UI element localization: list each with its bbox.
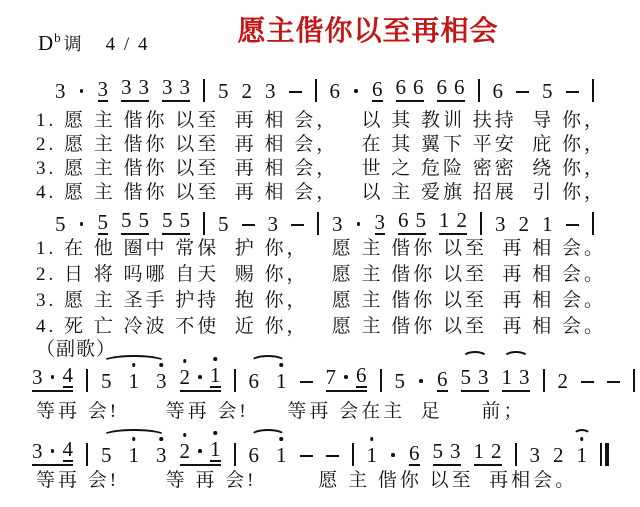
duration-dot [418, 370, 424, 392]
note: 2 [519, 213, 530, 235]
barline [478, 79, 480, 102]
note: 5 [98, 211, 109, 235]
note: 3 [32, 366, 43, 388]
note-group: 55 [162, 209, 190, 235]
dash [300, 370, 313, 392]
note: 2 [242, 80, 253, 102]
note: 6 [396, 76, 407, 98]
note: 3 [156, 370, 167, 392]
note: 1 [367, 444, 378, 466]
time-signature: 4 / 4 [106, 34, 150, 55]
chorus-notation-line-2: 345132161165312321 [32, 438, 609, 466]
note: 3 [495, 213, 506, 235]
dash [289, 80, 302, 102]
note: 2 [553, 444, 564, 466]
chorus-notation-line-1: 345132161765653132 [32, 364, 635, 392]
dash [566, 80, 579, 102]
duration-dot [79, 80, 85, 102]
barline [86, 369, 88, 392]
barline [203, 212, 205, 235]
note: 5 [101, 444, 112, 466]
note-group: 12 [474, 440, 502, 466]
note: 6 [413, 76, 424, 98]
note: 6 [398, 209, 409, 231]
dash [326, 444, 339, 466]
chorus-lyric-line-2: 等再 会! 等 再 会! 愿 主 偕你 以至 再相会。 [36, 469, 577, 493]
slurred-note-group: 13 [502, 366, 530, 392]
slur-group: 513 [101, 370, 167, 392]
barline [633, 369, 635, 392]
slurred-note-group: 53 [461, 366, 489, 392]
note: 5 [121, 209, 132, 231]
verse-1-line-2: 1. 在 他 圈中 常保 护 你， 愿 主 偕你 以至 再 相 会。 [36, 237, 606, 261]
key-signature: Db调4 / 4 [38, 30, 149, 56]
note-group: 66 [437, 76, 465, 102]
note: 1 [129, 444, 140, 466]
note: 3 [519, 366, 530, 388]
note: 3 [98, 78, 109, 102]
barline [352, 443, 354, 466]
note: 2 [491, 440, 502, 462]
dash [516, 80, 529, 102]
duration-dot [50, 366, 56, 388]
note: 6 [409, 442, 420, 466]
barline [234, 369, 236, 392]
note: 3 [332, 213, 343, 235]
note: 1 [129, 370, 140, 392]
note-group: 76 [326, 364, 367, 392]
slur-group: 513 [101, 444, 167, 466]
key-word: 调 [64, 34, 82, 54]
note-group: 34 [32, 364, 73, 392]
note: 3 [55, 80, 66, 102]
duration-dot [343, 366, 349, 388]
dash [566, 213, 579, 235]
hymn-sheet-page: 愿主偕你以至再相会 Db调4 / 4 33333352366666665 1. … [0, 0, 640, 507]
barline [234, 443, 236, 466]
note-group: 55 [121, 209, 149, 235]
note: 4 [63, 364, 74, 388]
flat-accidental: b [54, 30, 61, 45]
duration-dot [197, 366, 203, 388]
note-group: 33 [162, 76, 190, 102]
note: 5 [101, 370, 112, 392]
note: 1 [276, 370, 287, 392]
note: 2 [180, 440, 191, 462]
note: 2 [457, 209, 468, 231]
barline [315, 79, 317, 102]
note-group: 21 [180, 364, 221, 392]
note: 3 [268, 213, 279, 235]
note: 3 [478, 366, 489, 388]
note: 6 [249, 370, 260, 392]
duration-dot [356, 213, 362, 235]
verse-3-line-2: 3. 愿 主 圣手 护持 抱 你， 愿 主 偕你 以至 再 相 会。 [36, 289, 606, 313]
note-group: 12 [439, 209, 467, 235]
barline [203, 79, 205, 102]
verse-4-line-2: 4. 死 亡 冷波 不使 近 你， 愿 主 偕你 以至 再 相 会。 [36, 315, 606, 339]
note: 6 [356, 364, 367, 388]
note-group: 66 [396, 76, 424, 102]
slur-group: 61 [249, 444, 287, 466]
note: 3 [450, 440, 461, 462]
note-fermata: 1 [577, 444, 588, 466]
verse-4-line-1: 4. 愿 主 偕你 以至 再 相 会， 以 主 爱旗 招展 引 你， [36, 181, 606, 205]
dash [607, 370, 620, 392]
barline [86, 443, 88, 466]
note: 3 [121, 76, 132, 98]
note: 5 [433, 440, 444, 462]
barline [480, 212, 482, 235]
barline [543, 369, 545, 392]
note: 3 [139, 76, 150, 98]
note: 5 [55, 213, 66, 235]
note: 6 [249, 444, 260, 466]
note-group: 33 [121, 76, 149, 102]
note: 5 [139, 209, 150, 231]
duration-dot [50, 440, 56, 462]
note: 5 [461, 366, 472, 388]
note: 3 [375, 211, 386, 235]
final-barline [600, 443, 609, 466]
note: 2 [558, 370, 569, 392]
barline [515, 443, 517, 466]
note: 3 [162, 76, 173, 98]
note: 1 [502, 366, 513, 388]
verse-3-line-1: 3. 愿 主 偕你 以至 再 相 会， 世 之 危险 密密 绕 你， [36, 157, 606, 181]
barline [592, 79, 594, 102]
note: 1 [210, 438, 221, 462]
note: 3 [530, 444, 541, 466]
notation-line-2: 55555553336512321 [55, 209, 594, 235]
note: 7 [326, 366, 337, 388]
note-group: 21 [180, 438, 221, 466]
note: 5 [542, 80, 553, 102]
note: 3 [156, 444, 167, 466]
note: 3 [32, 440, 43, 462]
note: 6 [454, 76, 465, 98]
note: 5 [218, 80, 229, 102]
duration-dot [390, 444, 396, 466]
note: 5 [162, 209, 173, 231]
note: 6 [437, 368, 448, 392]
verse-2-line-1: 2. 愿 主 偕你 以至 再 相 会， 在 其 翼下 平安 庇 你， [36, 133, 606, 157]
duration-dot [353, 80, 359, 102]
note-group: 53 [433, 440, 461, 466]
note: 1 [439, 209, 450, 231]
duration-dot [79, 213, 85, 235]
dash [581, 370, 594, 392]
notation-line-1: 33333352366666665 [55, 76, 594, 102]
note: 6 [372, 78, 383, 102]
note: 4 [63, 438, 74, 462]
note-group: 34 [32, 438, 73, 466]
dash [300, 444, 313, 466]
key-letter: D [38, 31, 53, 55]
barline [317, 212, 319, 235]
verse-1-line-1: 1. 愿 主 偕你 以至 再 相 会， 以 其 教训 扶持 导 你， [36, 109, 606, 133]
note: 6 [437, 76, 448, 98]
dash [291, 213, 304, 235]
note: 5 [180, 209, 191, 231]
note-group: 65 [398, 209, 426, 235]
note: 6 [493, 80, 504, 102]
note: 5 [218, 213, 229, 235]
duration-dot [197, 440, 203, 462]
note: 1 [474, 440, 485, 462]
slur-group: 61 [249, 370, 287, 392]
verse-2-line-2: 2. 日 将 吗哪 自天 赐 你， 愿 主 偕你 以至 再 相 会。 [36, 263, 606, 287]
note: 2 [180, 366, 191, 388]
note: 1 [542, 213, 553, 235]
note: 3 [180, 76, 191, 98]
note: 1 [210, 364, 221, 388]
barline [592, 212, 594, 235]
note: 5 [416, 209, 427, 231]
dash [242, 213, 255, 235]
note: 6 [330, 80, 341, 102]
barline [380, 369, 382, 392]
note: 1 [276, 444, 287, 466]
note: 3 [265, 80, 276, 102]
note: 5 [395, 370, 406, 392]
chorus-lyric-line-1: 等再 会! 等再 会! 等再 会在主 足 前； [36, 400, 525, 424]
